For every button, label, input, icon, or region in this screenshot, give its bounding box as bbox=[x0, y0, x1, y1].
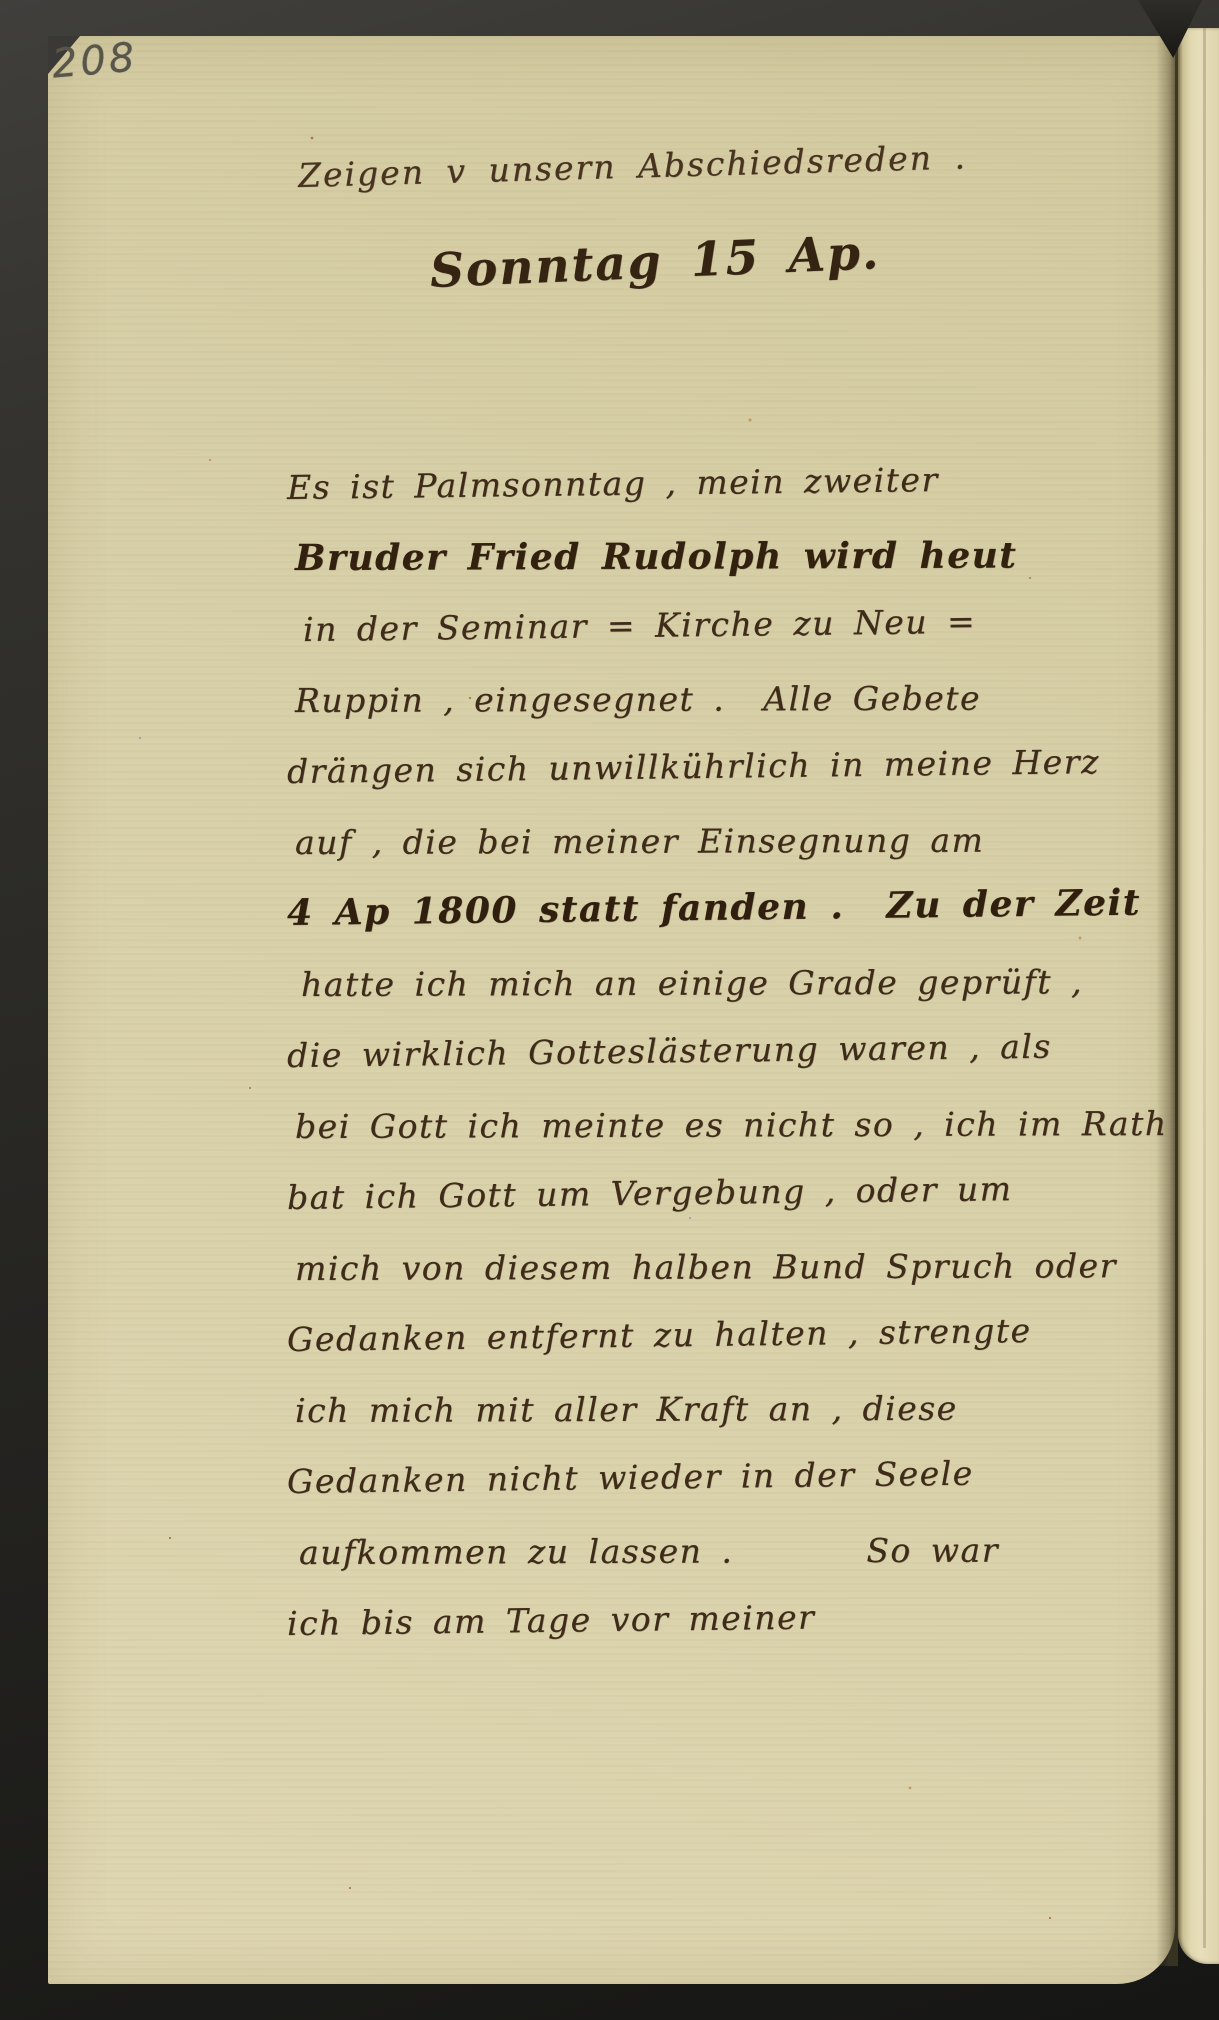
body-line: Es ist Palmsonntag , mein zweiter bbox=[287, 441, 1168, 523]
page-edge-crease bbox=[1203, 28, 1206, 1948]
body-line: Gedanken entfernt zu halten , strengte bbox=[287, 1293, 1168, 1375]
body-line: bei Gott ich meinte es nicht so , ich im… bbox=[295, 1088, 1167, 1162]
page-edge-strip bbox=[1178, 28, 1219, 1964]
body-line: Bruder Fried Rudolph wird heut bbox=[295, 520, 1167, 594]
body-line: Gedanken nicht wieder in der Seele bbox=[287, 1435, 1168, 1517]
body-line: bat ich Gott um Vergebung , oder um bbox=[287, 1151, 1168, 1233]
body-line: in der Seminar = Kirche zu Neu = bbox=[303, 583, 1168, 665]
body-line: Ruppin , eingesegnet . Alle Gebete bbox=[295, 662, 1167, 736]
manuscript-body: Es ist Palmsonntag , mein zweiter Bruder… bbox=[287, 452, 1167, 1659]
body-line: ich bis am Tage vor meiner bbox=[287, 1577, 1168, 1659]
body-line: 4 Ap 1800 statt fanden . Zu der Zeit bbox=[287, 867, 1168, 949]
body-line: aufkommen zu lassen . So war bbox=[299, 1514, 1167, 1588]
body-line: die wirklich Gotteslästerung waren , als bbox=[287, 1009, 1168, 1091]
page-number: 208 bbox=[50, 34, 139, 87]
scanned-manuscript-photo: { "page": { "number": "208" }, "manuscri… bbox=[0, 0, 1219, 2020]
body-line: ich mich mit aller Kraft an , diese bbox=[295, 1372, 1167, 1446]
body-line: auf , die bei meiner Einsegnung am bbox=[295, 804, 1167, 878]
body-line: hatte ich mich an einige Grade geprüft , bbox=[301, 946, 1167, 1020]
body-line: drängen sich unwillkührlich in meine Her… bbox=[287, 725, 1168, 807]
body-line: mich von diesem halben Bund Spruch oder bbox=[295, 1230, 1167, 1304]
